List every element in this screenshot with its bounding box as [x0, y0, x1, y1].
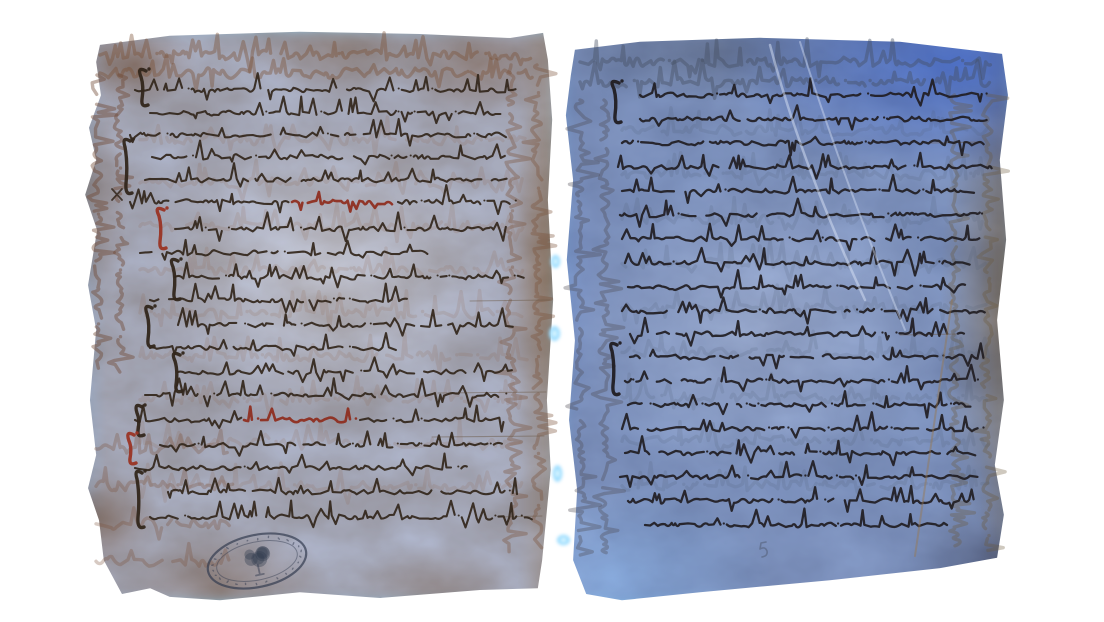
gutter-light-glint [556, 534, 571, 546]
gutter-light-glint [552, 464, 563, 483]
left-page [78, 30, 556, 602]
manuscript-photo [0, 0, 1104, 622]
gutter-light-glint [548, 325, 561, 342]
left-page-parchment-texture [78, 30, 556, 602]
right-page-parchment-texture [560, 28, 1012, 602]
gutter-light-glint [550, 254, 561, 269]
right-page [560, 28, 1012, 602]
